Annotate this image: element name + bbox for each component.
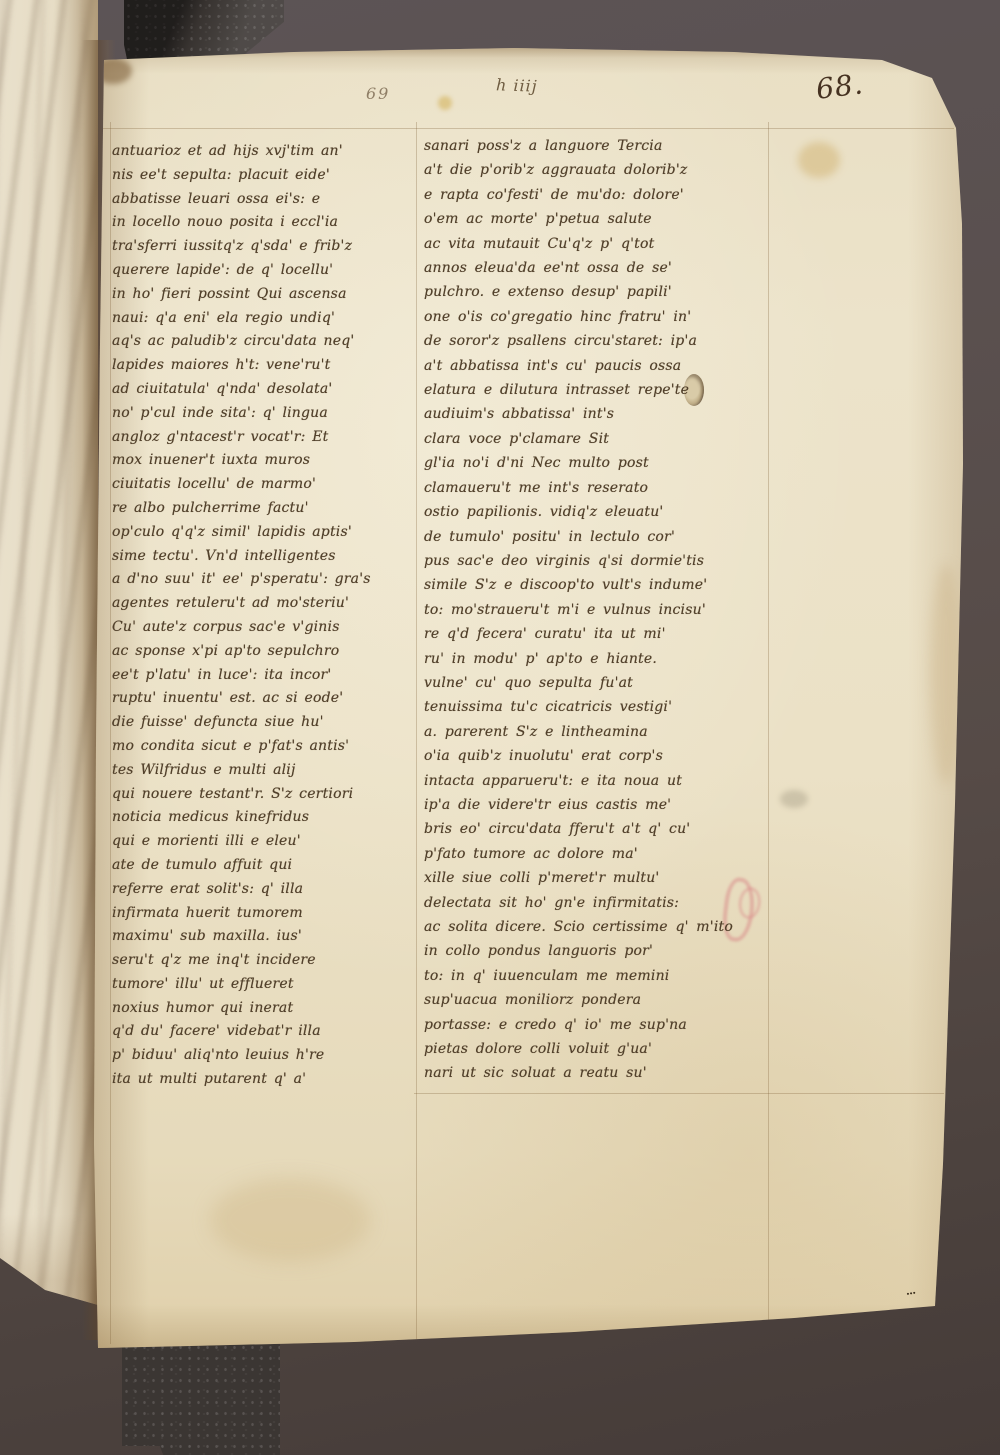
- text-line: de tumulo' positu' in lectulo cor': [424, 525, 770, 549]
- text-line: ac sponse x'pi ap'to sepulchro: [112, 640, 414, 664]
- text-line: mox inuener't iuxta muros: [112, 449, 414, 473]
- text-line: o'em ac morte' p'petua salute: [424, 207, 770, 231]
- text-line: p'fato tumore ac dolore ma': [424, 842, 770, 866]
- quire-signature: h iiij: [496, 75, 538, 95]
- text-line: maximu' sub maxilla. ius': [112, 925, 414, 949]
- folio-number: 68.: [814, 67, 865, 106]
- text-line: ac vita mutauit Cu'q'z p' q'tot: [424, 232, 770, 256]
- parchment-page: 69 h iiij 68. antuarioz et ad hijs xvj't…: [94, 44, 968, 1350]
- ruling-intercolumn: [416, 122, 417, 1344]
- text-line: ciuitatis locellu' de marmo': [112, 473, 414, 497]
- text-line: sup'uacua moniliorz pondera: [424, 988, 770, 1012]
- text-line: qui e morienti illi e eleu': [112, 830, 414, 854]
- foam-clamp-bottom: [122, 1342, 280, 1455]
- text-line: tumore' illu' ut efflueret: [112, 973, 414, 997]
- text-line: to: mo'straueru't m'i e vulnus incisu': [424, 598, 770, 622]
- text-line: ad ciuitatula' q'nda' desolata': [112, 378, 414, 402]
- text-line: bris eo' circu'data fferu't a't q' cu': [424, 817, 770, 841]
- text-line: pietas dolore colli voluit g'ua': [424, 1037, 770, 1061]
- text-line: nis ee't sepulta: placuit eide': [112, 164, 414, 188]
- text-line: tes Wilfridus e multi alij: [112, 759, 414, 783]
- text-line: ita ut multi putarent q' a': [112, 1068, 414, 1092]
- text-line: a d'no suu' it' ee' p'speratu': gra's: [112, 568, 414, 592]
- text-line: audiuim's abbatissa' int's: [424, 402, 770, 426]
- text-line: p' biduu' aliq'nto leuius h're: [112, 1044, 414, 1068]
- text-line: one o'is co'gregatio hinc fratru' in': [424, 305, 770, 329]
- text-line: simile S'z e discoop'to vult's indume': [424, 573, 770, 597]
- text-line: ostio papilionis. vidiq'z eleuatu': [424, 500, 770, 524]
- old-foliation-number: 69: [366, 84, 390, 103]
- text-line: portasse: e credo q' io' me sup'na: [424, 1013, 770, 1037]
- text-line: ip'a die videre'tr eius castis me': [424, 793, 770, 817]
- text-line: qui nouere testant'r. S'z certiori: [112, 783, 414, 807]
- text-line: a. parerent S'z e lintheamina: [424, 720, 770, 744]
- text-line: tenuissima tu'c cicatricis vestigi': [424, 695, 770, 719]
- text-line: angloz g'ntacest'r vocat'r: Et: [112, 426, 414, 450]
- text-line: de soror'z psallens circu'staret: ip'a: [424, 329, 770, 353]
- text-line: in collo pondus languoris por': [424, 939, 770, 963]
- text-line: ru' in modu' p' ap'to e hiante.: [424, 647, 770, 671]
- lower-margin-stain: [210, 1178, 370, 1262]
- right-edge-tan: [930, 564, 962, 784]
- text-line: to: in q' iuuenculam me memini: [424, 964, 770, 988]
- text-line: re albo pulcherrime factu': [112, 497, 414, 521]
- text-column-left: antuarioz et ad hijs xvj'tim an'nis ee't…: [112, 140, 414, 1092]
- text-column-right: sanari poss'z a languore Terciaa't die p…: [424, 134, 770, 1086]
- text-line: clara voce p'clamare Sit: [424, 427, 770, 451]
- text-line: in ho' fieri possint Qui ascensa: [112, 283, 414, 307]
- text-line: op'culo q'q'z simil' lapidis aptis': [112, 521, 414, 545]
- text-line: querere lapide': de q' locellu': [112, 259, 414, 283]
- text-line: no' p'cul inde sita': q' lingua: [112, 402, 414, 426]
- ruling-baseline: [414, 1093, 944, 1094]
- text-line: naui: q'a eni' ela regio undiq': [112, 307, 414, 331]
- text-line: vulne' cu' quo sepulta fu'at: [424, 671, 770, 695]
- text-line: pulchro. e extenso desup' papili': [424, 280, 770, 304]
- text-line: delectata sit ho' gn'e infirmitatis:: [424, 891, 770, 915]
- text-line: noxius humor qui inerat: [112, 997, 414, 1021]
- text-line: seru't q'z me inq't incidere: [112, 949, 414, 973]
- edge-corner-mark: •••: [905, 1289, 916, 1299]
- text-line: noticia medicus kinefridus: [112, 806, 414, 830]
- text-line: re q'd fecera' curatu' ita ut mi': [424, 622, 770, 646]
- text-line: nari ut sic soluat a reatu su': [424, 1061, 770, 1085]
- text-line: referre erat solit's: q' illa: [112, 878, 414, 902]
- text-line: elatura e dilutura intrasset repe'te: [424, 378, 770, 402]
- text-line: mo condita sicut e p'fat's antis': [112, 735, 414, 759]
- text-line: antuarioz et ad hijs xvj'tim an': [112, 140, 414, 164]
- text-line: tra'sferri iussitq'z q'sda' e frib'z: [112, 235, 414, 259]
- text-line: clamaueru't me int's reserato: [424, 476, 770, 500]
- text-line: a't abbatissa int's cu' paucis ossa: [424, 354, 770, 378]
- text-line: infirmata huerit tumorem: [112, 902, 414, 926]
- text-line: in locello nouo posita i eccl'ia: [112, 211, 414, 235]
- text-line: gl'ia no'i d'ni Nec multo post: [424, 451, 770, 475]
- text-line: sime tectu'. Vn'd intelligentes: [112, 545, 414, 569]
- text-line: lapides maiores h't: vene'ru't: [112, 354, 414, 378]
- text-line: agentes retuleru't ad mo'steriu': [112, 592, 414, 616]
- text-line: xille siue colli p'meret'r multu': [424, 866, 770, 890]
- text-line: Cu' aute'z corpus sac'e v'ginis: [112, 616, 414, 640]
- ruling-headline: [102, 128, 954, 129]
- text-line: a't die p'orib'z aggrauata dolorib'z: [424, 158, 770, 182]
- text-line: aq's ac paludib'z circu'data neq': [112, 330, 414, 354]
- grey-smudge: [780, 790, 808, 808]
- text-line: ruptu' inuentu' est. ac si eode': [112, 687, 414, 711]
- text-line: e rapta co'festi' de mu'do: dolore': [424, 183, 770, 207]
- text-line: abbatisse leuari ossa ei's: e: [112, 188, 414, 212]
- ruling-left-margin: [110, 122, 111, 1344]
- yellow-stain-large: [798, 142, 840, 178]
- text-line: o'ia quib'z inuolutu' erat corp's: [424, 744, 770, 768]
- manuscript-photograph: 69 h iiij 68. antuarioz et ad hijs xvj't…: [0, 0, 1000, 1455]
- text-line: sanari poss'z a languore Tercia: [424, 134, 770, 158]
- yellow-stain-small: [438, 96, 452, 110]
- text-line: annos eleua'da ee'nt ossa de se': [424, 256, 770, 280]
- text-line: ate de tumulo affuit qui: [112, 854, 414, 878]
- text-line: ee't p'latu' in luce': ita incor': [112, 664, 414, 688]
- text-line: die fuisse' defuncta siue hu': [112, 711, 414, 735]
- text-line: intacta apparueru't: e ita noua ut: [424, 769, 770, 793]
- text-line: ac solita dicere. Scio certissime q' m'i…: [424, 915, 770, 939]
- text-line: pus sac'e deo virginis q'si dormie'tis: [424, 549, 770, 573]
- text-line: q'd du' facere' videbat'r illa: [112, 1020, 414, 1044]
